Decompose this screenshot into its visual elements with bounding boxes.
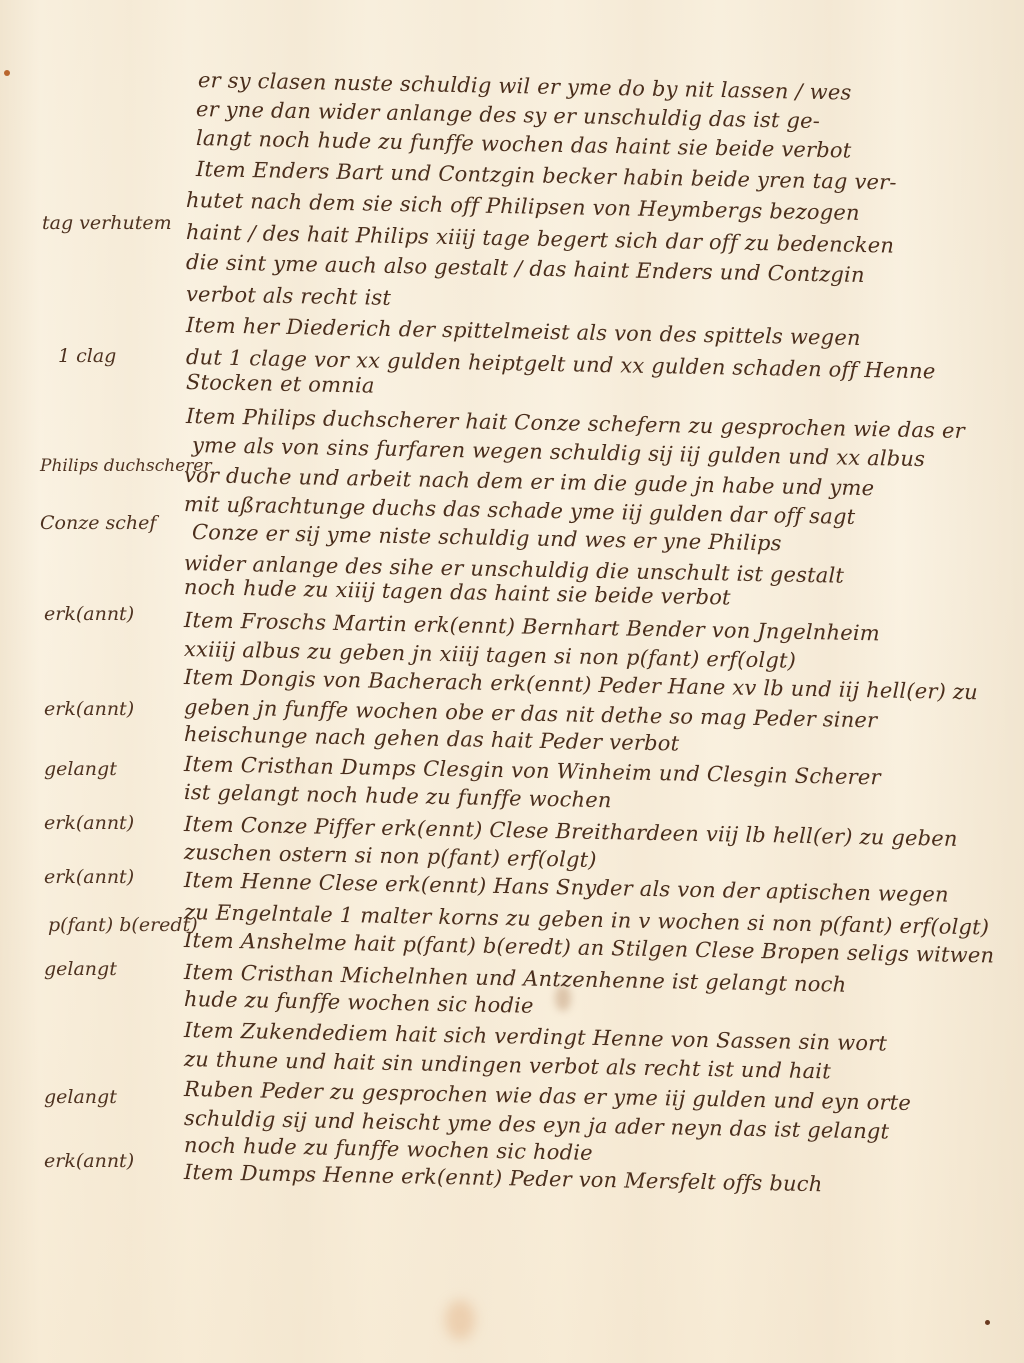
ink-spot <box>985 1320 990 1325</box>
margin-note: erk(annt) <box>44 698 134 720</box>
margin-note: erk(annt) <box>44 1150 134 1172</box>
margin-note: gelangt <box>44 958 117 980</box>
text-line: Item Enders Bart und Contzgin becker hab… <box>196 157 897 194</box>
manuscript-page: er sy clasen nuste schuldig wil er yme d… <box>0 0 1024 1363</box>
margin-note: 1 clag <box>58 345 116 367</box>
margin-note: Philips duchscherer <box>40 456 212 476</box>
text-line: noch hude zu funffe wochen sic hodie <box>184 1133 593 1165</box>
margin-note: gelangt <box>44 758 117 780</box>
text-line: zuschen ostern si non p(fant) erf(olgt) <box>184 840 597 872</box>
margin-note: gelangt <box>44 1086 117 1108</box>
text-line: ist gelangt noch hude zu funffe wochen <box>184 780 612 812</box>
text-line: Item Henne Clese erk(ennt) Hans Snyder a… <box>184 868 949 907</box>
text-line: die sint yme auch also gestalt / das hai… <box>186 250 865 287</box>
text-line: hude zu funffe wochen sic hodie <box>184 987 534 1018</box>
paper-stain <box>445 1300 475 1340</box>
margin-note: erk(annt) <box>44 812 134 834</box>
text-line: Item Dumps Henne erk(ennt) Peder von Mer… <box>184 1160 823 1196</box>
margin-note: p(fant) b(eredt) <box>48 914 198 936</box>
margin-note: Conze schef <box>40 512 156 534</box>
margin-note: tag verhutem <box>42 212 172 234</box>
margin-note: erk(annt) <box>44 603 134 625</box>
text-line: Stocken et omnia <box>186 370 375 398</box>
text-line: Item her Diederich der spittelmeist als … <box>186 313 861 350</box>
text-line: hutet nach dem sie sich off Philipsen vo… <box>186 188 860 225</box>
ink-spot <box>4 70 10 76</box>
margin-note: erk(annt) <box>44 866 134 888</box>
text-line: verbot als recht ist <box>186 282 391 310</box>
